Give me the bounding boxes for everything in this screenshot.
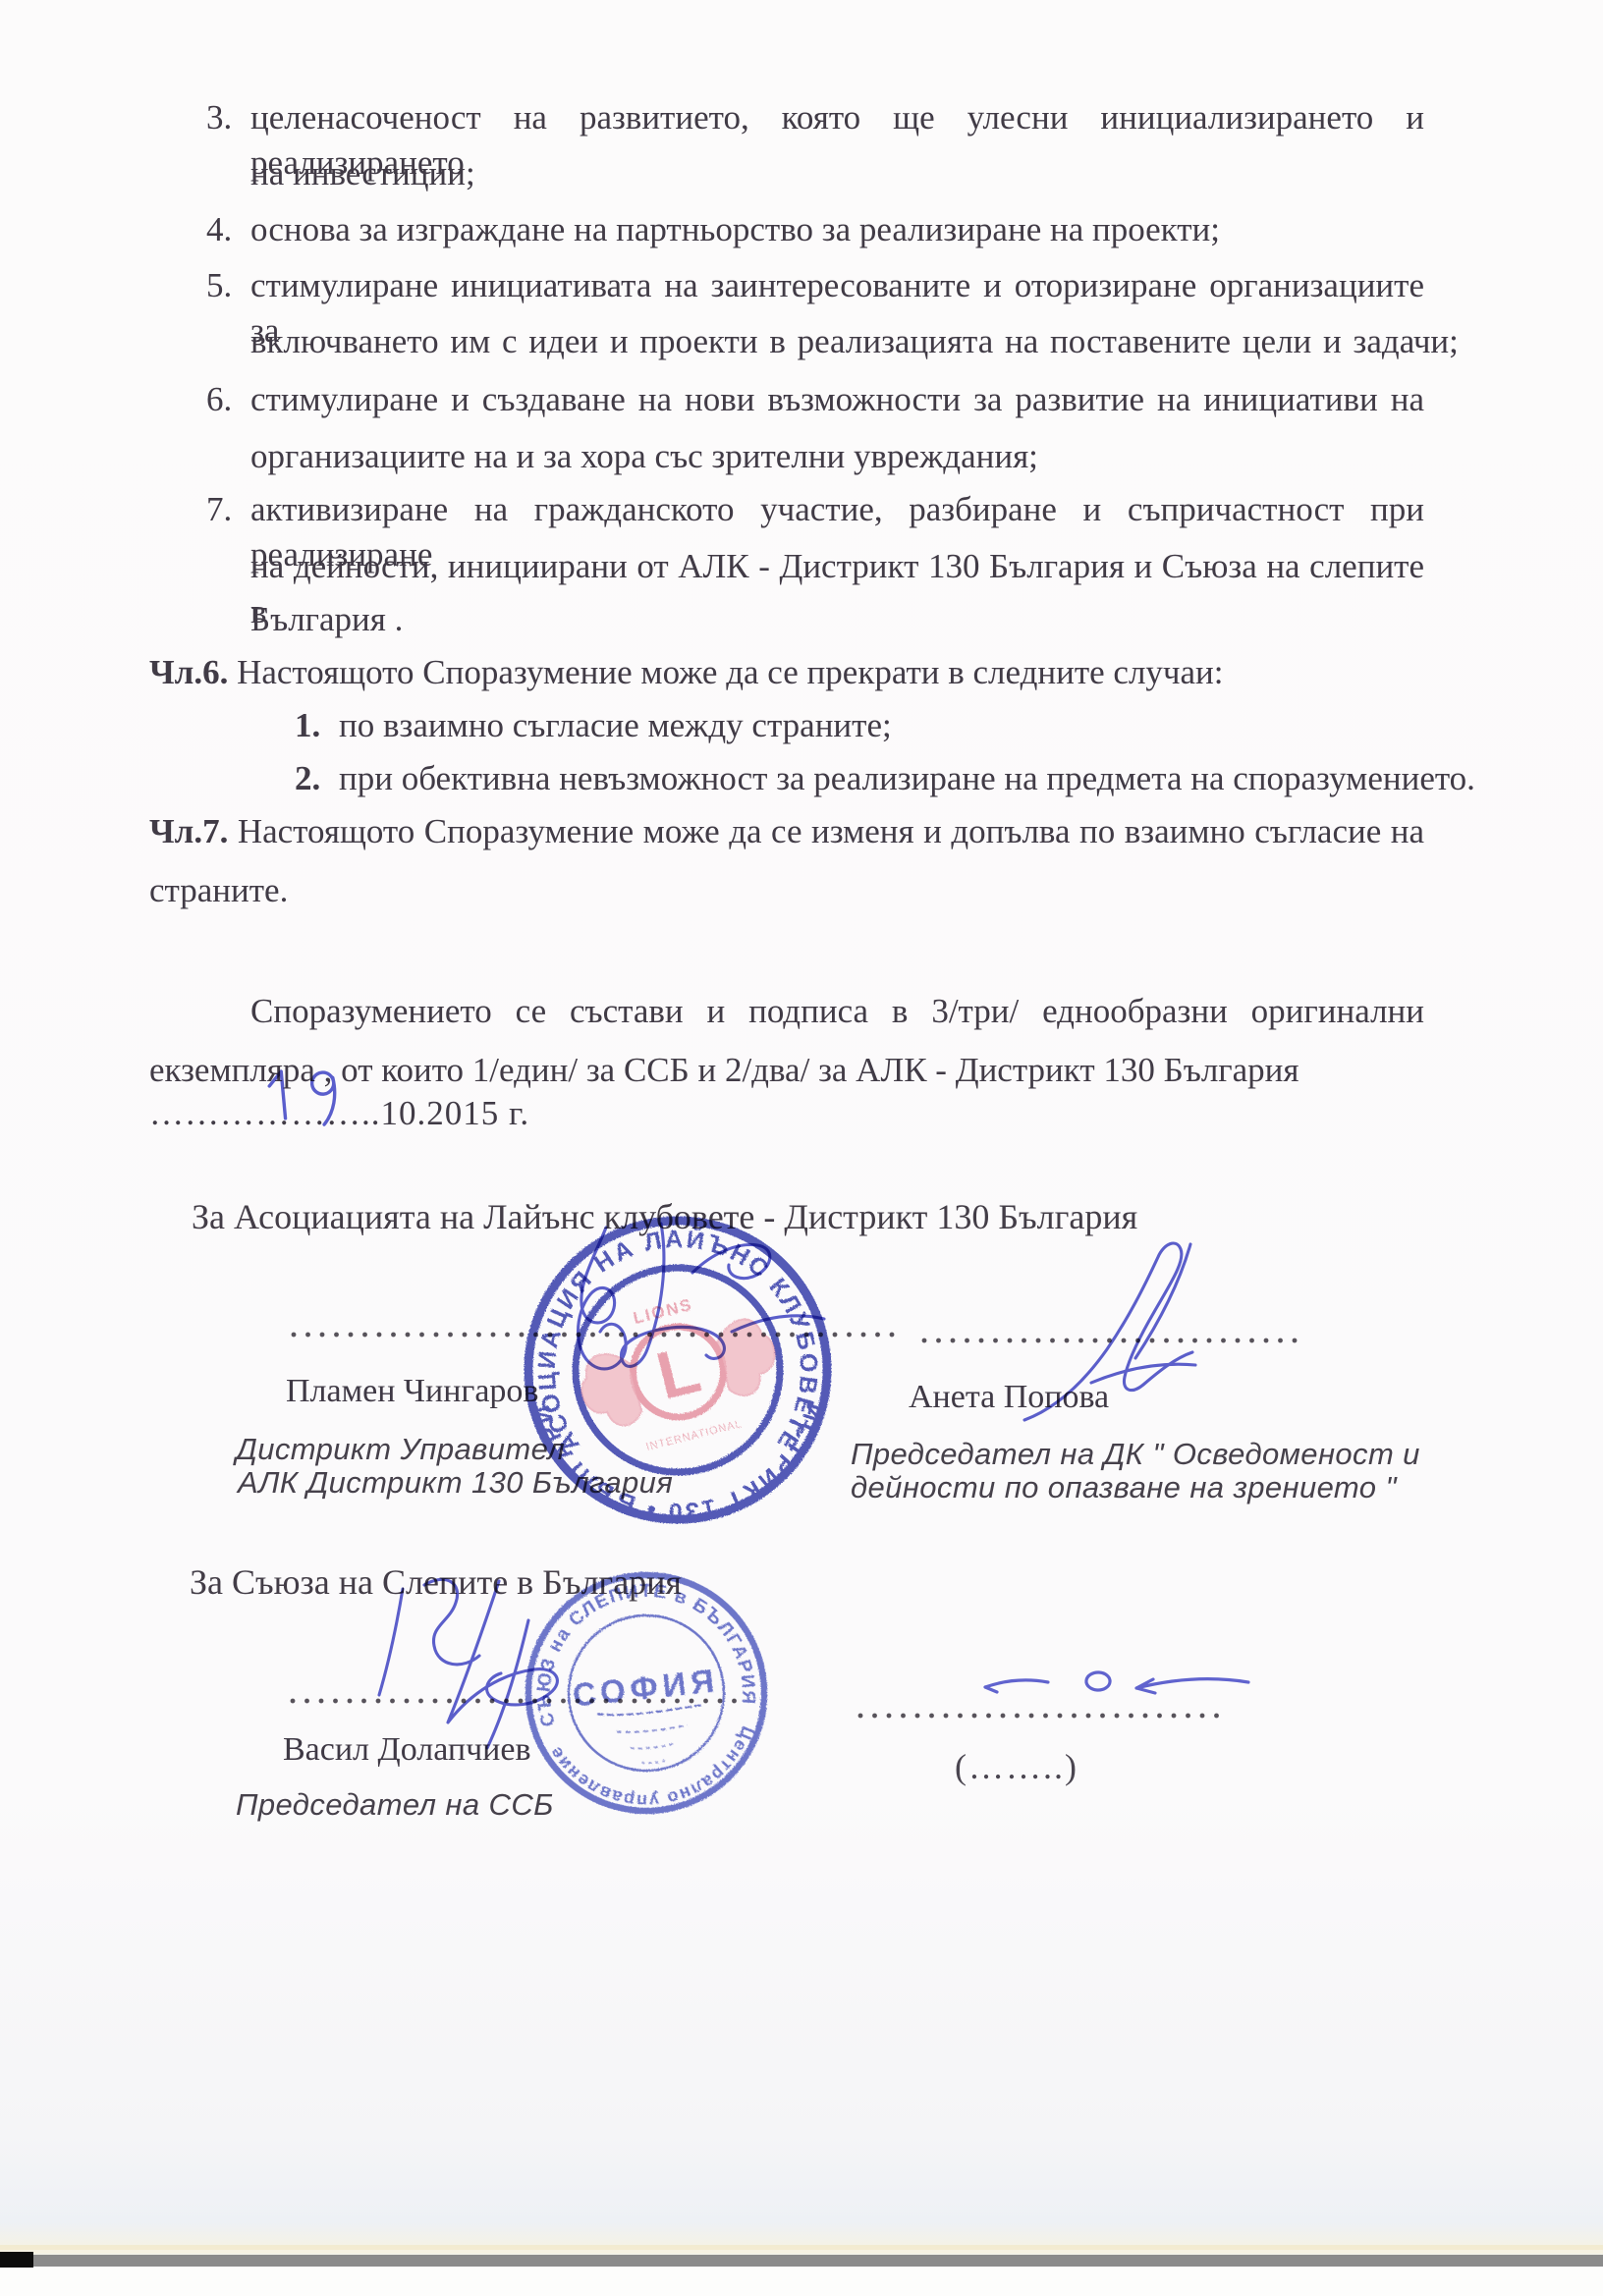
handwritten-date-19 (250, 1061, 344, 1131)
signatory-role: дейности по опазване на зрението " (851, 1470, 1397, 1505)
list-item-6-line-2: организациите на и за хора със зрителни … (149, 434, 1424, 479)
signatory-role: Председател на ДК " Осведоменост и (851, 1437, 1420, 1472)
scan-grey-bar (0, 2255, 1603, 2267)
list-item-6-line-1: 6. стимулиране и създаване на нови възмо… (149, 377, 1424, 422)
svg-text:LIONS: LIONS (632, 1295, 695, 1328)
signatory-role: Председател на ССБ (236, 1787, 554, 1823)
clause-6: Чл.6. Настоящото Споразумение може да се… (149, 650, 1424, 695)
sub-number: 1. (295, 703, 320, 748)
closing-line-1: Споразумението се състави и подписа в 3/… (149, 989, 1424, 1034)
clause-7-label: Чл.7. (149, 812, 228, 850)
name-placeholder-parens: (……..) (955, 1746, 1078, 1787)
ssb-stamp: СЪЮЗ на СЛЕПИТЕ в БЪЛГАРИЯ • Централно у… (506, 1553, 787, 1833)
pen-marks (967, 1662, 1262, 1703)
scan-yellow-line (0, 2245, 1603, 2250)
document-page: 3. целенасоченост на развитието, която щ… (0, 0, 1603, 2296)
clause-7-line-1: Чл.7. Настоящото Споразумение може да се… (149, 809, 1424, 854)
list-item-7-line-3: България . (149, 597, 1424, 642)
sub-number: 2. (295, 756, 320, 801)
list-number: 7. (206, 487, 232, 532)
signature-dotted-line-2-right (855, 1713, 1226, 1719)
clause-7-line-2: страните. (149, 868, 1424, 913)
list-item-5-line-2: включването им с идеи и проекти в реализ… (149, 319, 1424, 364)
list-number: 5. (206, 263, 232, 308)
clause-6-sub-1: 1. по взаимно съгласие между страните; (149, 703, 1424, 748)
clause-6-label: Чл.6. (149, 653, 228, 691)
list-item-3-line-2: на инвестиции; (149, 151, 1424, 196)
list-number: 4. (206, 207, 232, 252)
list-number: 3. (206, 95, 232, 140)
signature-aneta (997, 1228, 1257, 1439)
list-item-4: 4. основа за изграждане на партньорство … (149, 207, 1424, 252)
svg-text:INTERNATIONAL: INTERNATIONAL (645, 1418, 744, 1453)
date-text: 10.2015 г. (381, 1094, 530, 1132)
svg-text:L: L (649, 1332, 707, 1414)
scan-black-mark (0, 2252, 33, 2268)
clause-6-sub-2: 2. при обективна невъзможност за реализи… (149, 756, 1424, 801)
signatory-name: Пламен Чингаров (286, 1373, 539, 1410)
lions-district-stamp: АСОЦИАЦИЯ НА ЛАЙЪНС КЛУБОВЕТЕ • ДИСТРИКТ… (511, 1203, 845, 1537)
list-number: 6. (206, 377, 232, 422)
